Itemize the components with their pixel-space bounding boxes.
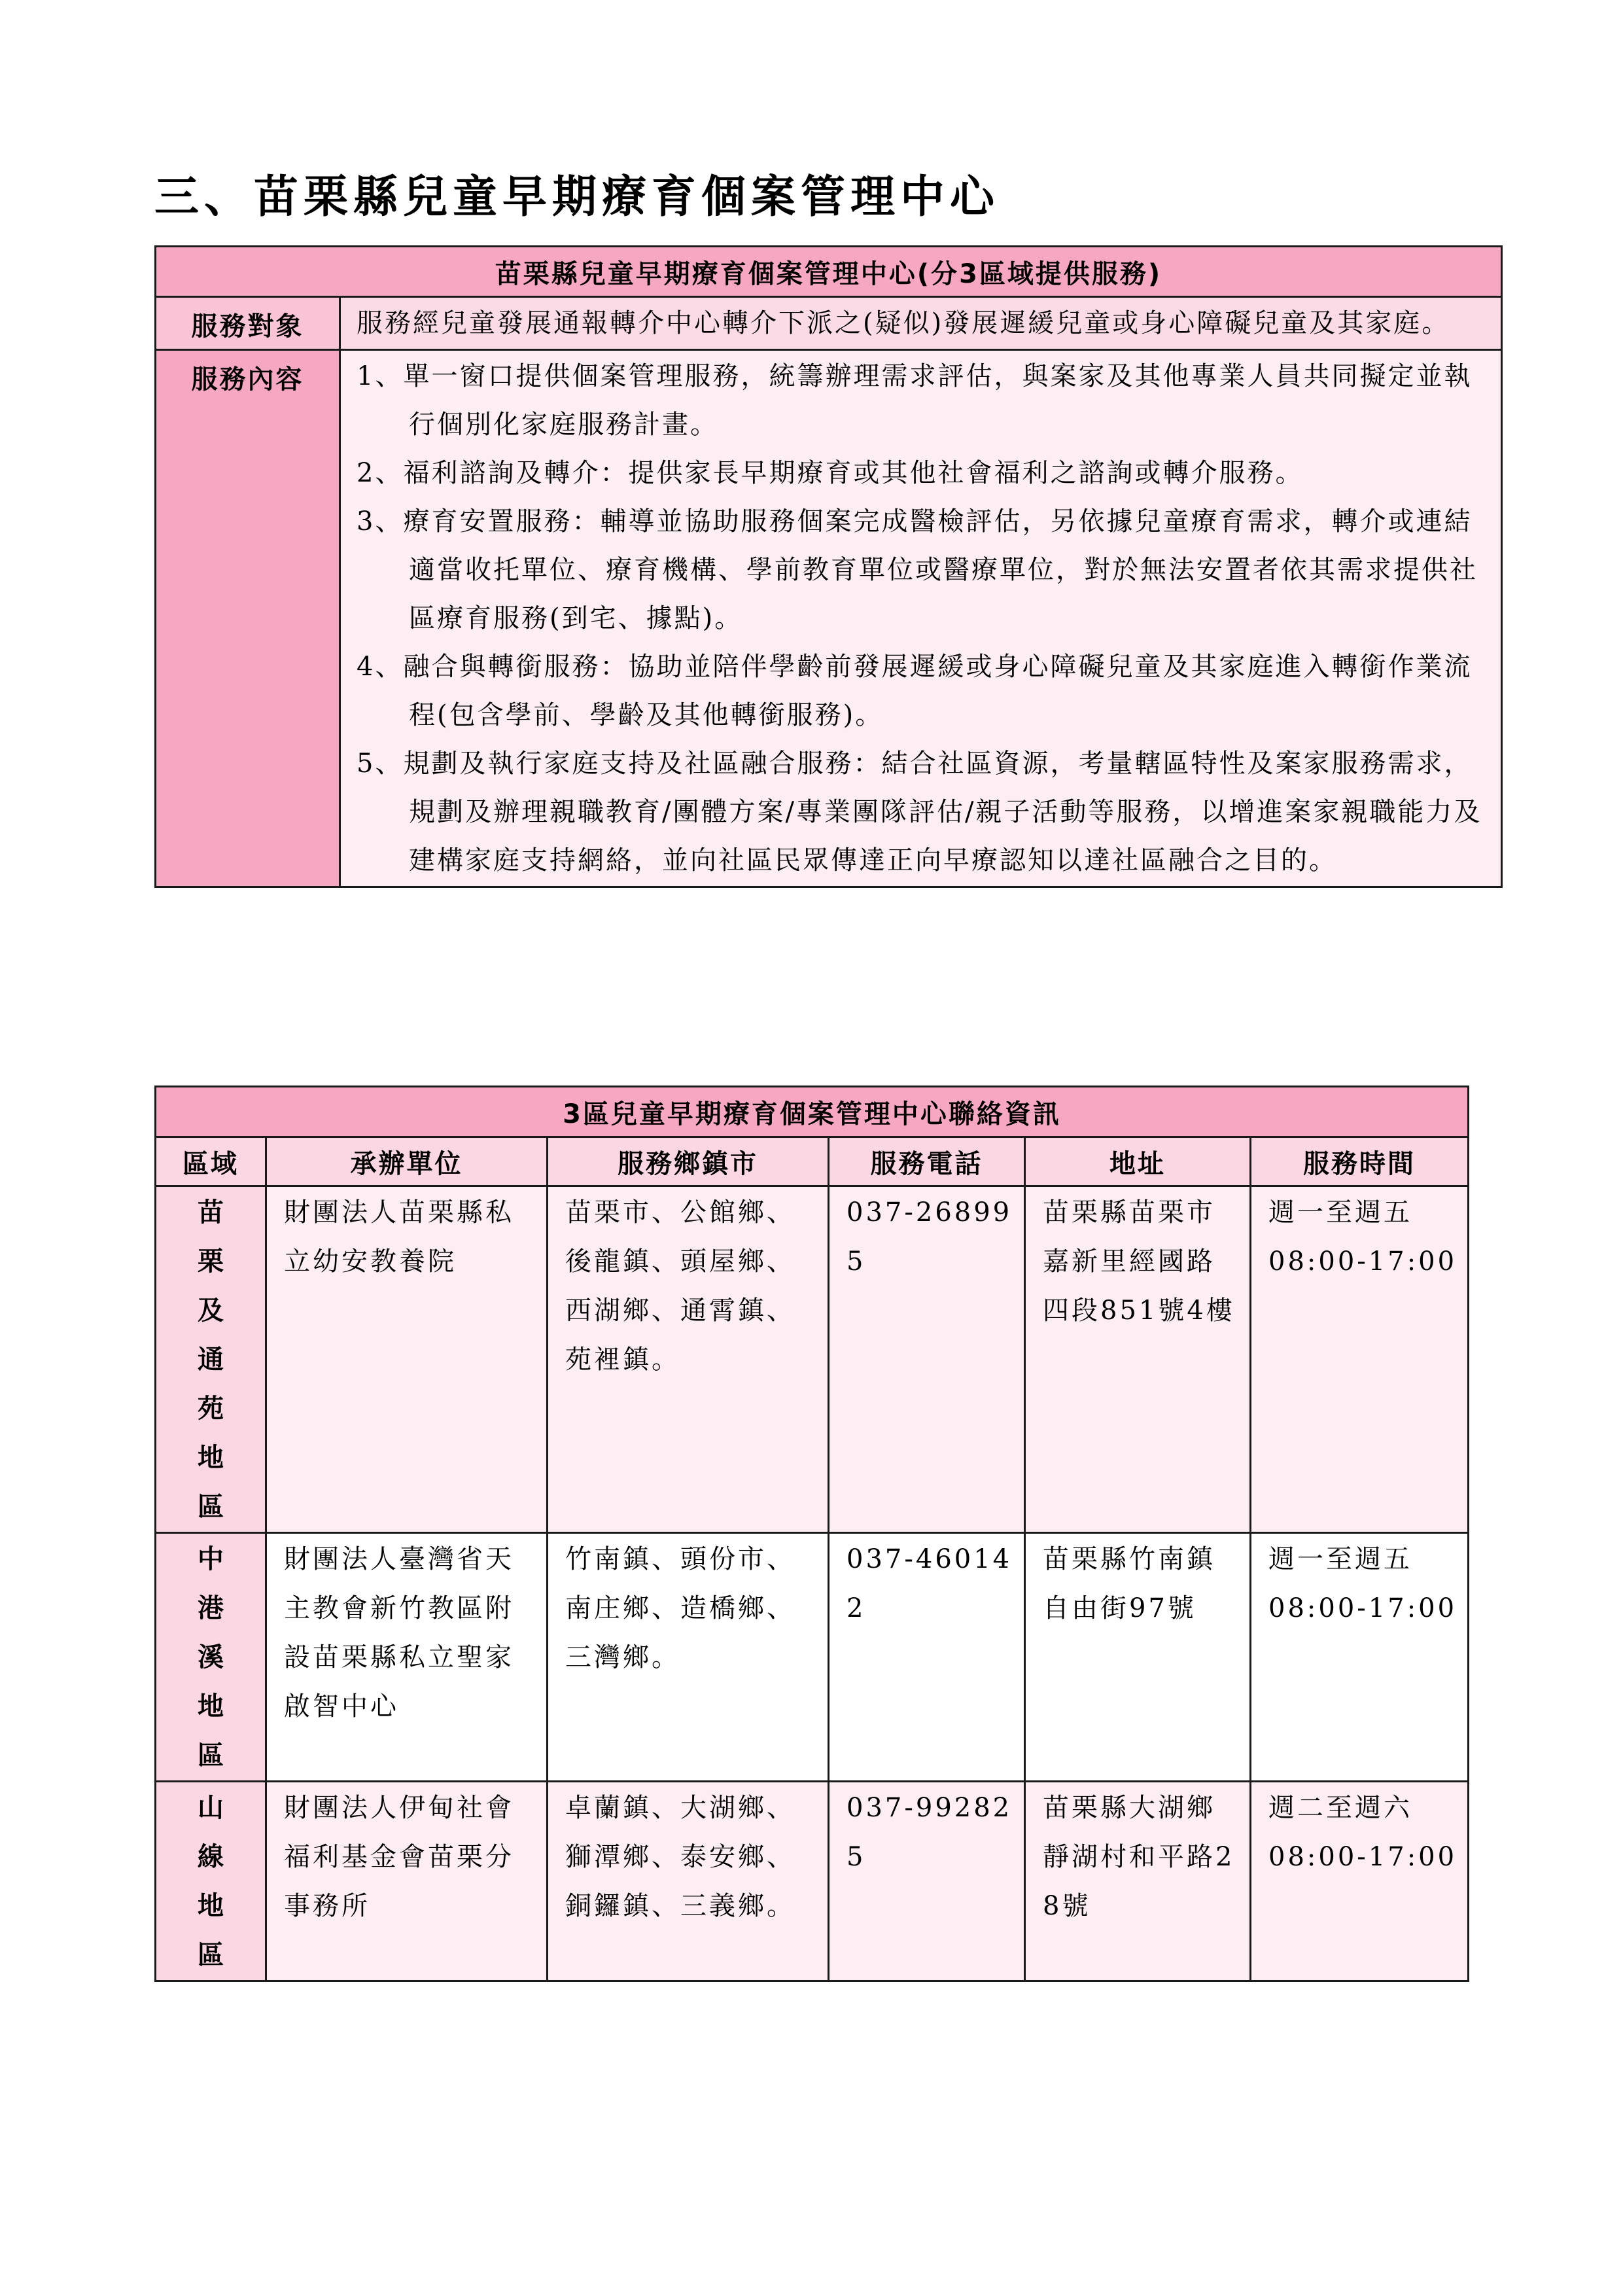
region-name: 山線地區 — [156, 1782, 266, 1981]
region-name: 中港溪地區 — [156, 1533, 266, 1782]
service-table-title: 苗栗縣兒童早期療育個案管理中心(分3區域提供服務) — [156, 247, 1502, 297]
row-label-service-content: 服務內容 — [156, 350, 340, 887]
address: 苗栗縣苗栗市嘉新里經國路四段851號4樓 — [1025, 1186, 1251, 1533]
region-name: 苗栗及通苑地區 — [156, 1186, 266, 1533]
service-item-4: 4、融合與轉銜服務：協助並陪伴學齡前發展遲緩或身心障礙兒童及其家庭進入轉銜作業流… — [357, 643, 1488, 739]
table-row: 山線地區 財團法人伊甸社會福利基金會苗栗分事務所 卓蘭鎮、大湖鄉、獅潭鄉、泰安鄉… — [156, 1782, 1469, 1981]
service-item-2: 2、福利諮詢及轉介：提供家長早期療育或其他社會福利之諮詢或轉介服務。 — [357, 449, 1488, 497]
service-towns: 苗栗市、公館鄉、後龍鎮、頭屋鄉、西湖鄉、通霄鎮、苑裡鎮。 — [548, 1186, 829, 1533]
service-content-list: 1、單一窗口提供個案管理服務，統籌辦理需求評估，與案家及其他專業人員共同擬定並執… — [340, 350, 1502, 887]
agency-name: 財團法人苗栗縣私立幼安教養院 — [266, 1186, 548, 1533]
column-header-agency: 承辦單位 — [266, 1137, 548, 1186]
agency-name: 財團法人伊甸社會福利基金會苗栗分事務所 — [266, 1782, 548, 1981]
phone-number: 037-268995 — [829, 1186, 1025, 1533]
column-header-address: 地址 — [1025, 1137, 1251, 1186]
table-header-row: 區域 承辦單位 服務鄉鎮市 服務電話 地址 服務時間 — [156, 1137, 1469, 1186]
service-item-1: 1、單一窗口提供個案管理服務，統籌辦理需求評估，與案家及其他專業人員共同擬定並執… — [357, 352, 1488, 449]
service-towns: 卓蘭鎮、大湖鄉、獅潭鄉、泰安鄉、銅鑼鎮、三義鄉。 — [548, 1782, 829, 1981]
table-row-service-target: 服務對象 服務經兒童發展通報轉介中心轉介下派之(疑似)發展遲緩兒童或身心障礙兒童… — [156, 297, 1502, 350]
column-header-phone: 服務電話 — [829, 1137, 1025, 1186]
phone-number: 037-992825 — [829, 1782, 1025, 1981]
contact-table-title: 3區兒童早期療育個案管理中心聯絡資訊 — [156, 1087, 1469, 1137]
phone-number: 037-460142 — [829, 1533, 1025, 1782]
table-row: 苗栗及通苑地區 財團法人苗栗縣私立幼安教養院 苗栗市、公館鄉、後龍鎮、頭屋鄉、西… — [156, 1186, 1469, 1533]
address: 苗栗縣竹南鎮自由街97號 — [1025, 1533, 1251, 1782]
column-header-hours: 服務時間 — [1251, 1137, 1469, 1186]
table-row-service-content: 服務內容 1、單一窗口提供個案管理服務，統籌辦理需求評估，與案家及其他專業人員共… — [156, 350, 1502, 887]
address: 苗栗縣大湖鄉靜湖村和平路28號 — [1025, 1782, 1251, 1981]
service-hours: 週一至週五 08:00-17:00 — [1251, 1533, 1469, 1782]
column-header-region: 區域 — [156, 1137, 266, 1186]
service-towns: 竹南鎮、頭份市、南庄鄉、造橋鄉、三灣鄉。 — [548, 1533, 829, 1782]
service-target-text: 服務經兒童發展通報轉介中心轉介下派之(疑似)發展遲緩兒童或身心障礙兒童及其家庭。 — [340, 297, 1502, 350]
column-header-towns: 服務鄉鎮市 — [548, 1137, 829, 1186]
agency-name: 財團法人臺灣省天主教會新竹教區附設苗栗縣私立聖家啟智中心 — [266, 1533, 548, 1782]
page-heading: 三、苗栗縣兒童早期療育個案管理中心 — [154, 171, 1000, 224]
service-description-table: 苗栗縣兒童早期療育個案管理中心(分3區域提供服務) 服務對象 服務經兒童發展通報… — [154, 245, 1503, 888]
service-hours: 週一至週五 08:00-17:00 — [1251, 1186, 1469, 1533]
service-item-5: 5、規劃及執行家庭支持及社區融合服務：結合社區資源，考量轄區特性及案家服務需求，… — [357, 739, 1488, 885]
service-hours: 週二至週六 08:00-17:00 — [1251, 1782, 1469, 1981]
service-item-3: 3、療育安置服務：輔導並協助服務個案完成醫檢評估，另依據兒童療育需求，轉介或連結… — [357, 497, 1488, 643]
row-label-service-target: 服務對象 — [156, 297, 340, 350]
table-row: 中港溪地區 財團法人臺灣省天主教會新竹教區附設苗栗縣私立聖家啟智中心 竹南鎮、頭… — [156, 1533, 1469, 1782]
contact-info-table: 3區兒童早期療育個案管理中心聯絡資訊 區域 承辦單位 服務鄉鎮市 服務電話 地址… — [154, 1086, 1469, 1982]
